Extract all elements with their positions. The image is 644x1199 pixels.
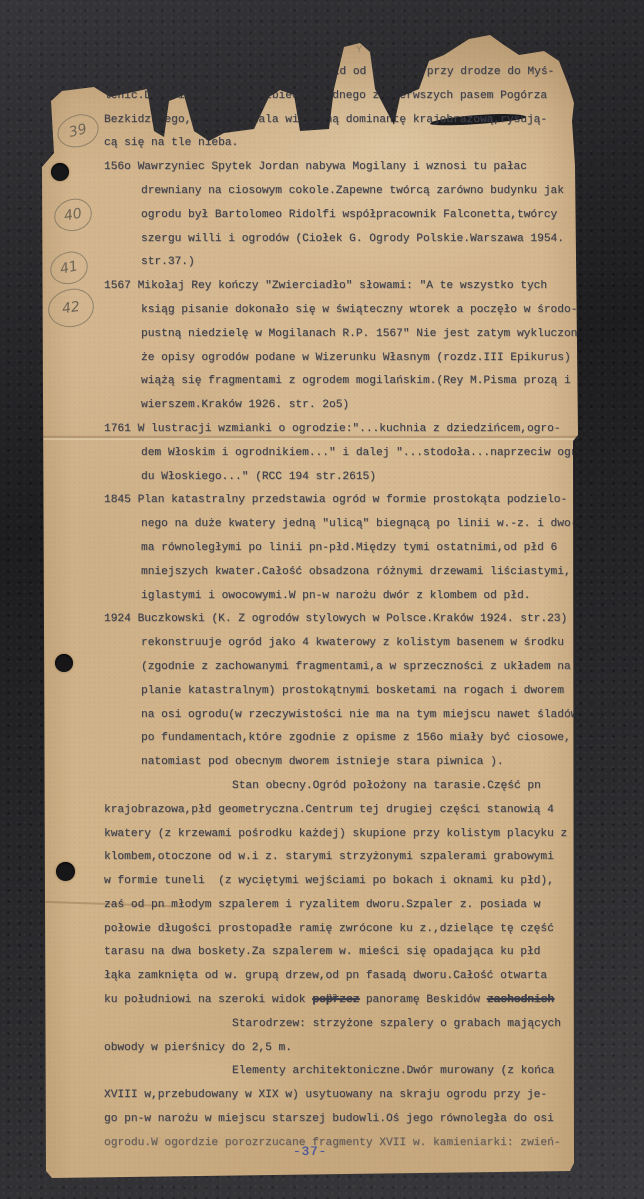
text-line: ksiąg pisanie dokonało się w świąteczny … <box>104 299 580 323</box>
text-line: Elementy architektoniczne.Dwór murowany … <box>104 1060 580 1084</box>
margin-number-label: 42 <box>61 299 81 317</box>
margin-number-label: 40 <box>63 206 83 225</box>
struck-word: zachodnich <box>487 994 554 1006</box>
punch-hole <box>51 163 69 181</box>
page-number: -37- <box>42 1145 578 1159</box>
text-line: str.37.) <box>104 251 580 275</box>
text-line: 156o Wawrzyniec Spytek Jordan nabywa Mog… <box>104 156 580 180</box>
text-line: ku południowi na szeroki widok poprzezna… <box>104 989 580 1013</box>
text-line: 1567 Mikołaj Rey kończy "Zwierciadło" sł… <box>104 275 580 299</box>
text-line: 1924 Buczkowski (K. Z ogrodów stylowych … <box>104 608 580 632</box>
margin-number-label: 39 <box>67 121 88 141</box>
text-line: ogrodu był Bartolomeo Ridolfi współpraco… <box>104 204 580 228</box>
text-line: cą się na tle nieba. <box>104 132 580 156</box>
text-line: wierszem.Kraków 1926. str. 2o5) <box>104 394 580 418</box>
text-line: tarasu na dwa boskety.Za szpalerem w. mi… <box>104 941 580 965</box>
text-line: 1845 Plan katastralny przedstawia ogród … <box>104 489 580 513</box>
text-line: klombem,otoczone od w.i z. starymi strzy… <box>104 846 580 870</box>
text-line: go pn-w narożu w miejscu starszej budowl… <box>104 1108 580 1132</box>
desk-background: TG-OM-150-19 N Y 39 40 41 42 Wieś 12 km … <box>0 0 644 1199</box>
text-line: Stan obecny.Ogród położony na tarasie.Cz… <box>104 775 580 799</box>
text-line: XVIII w,przebudowany w XIX w) usytuowany… <box>104 1084 580 1108</box>
text-line: dem Włoskim i ogrodnikiem..." i dalej ".… <box>104 442 580 466</box>
text-line: na osi ogrodu(w rzeczywistości nie ma na… <box>104 704 580 728</box>
punch-hole <box>55 654 73 672</box>
margin-number-label: 41 <box>59 258 80 277</box>
text-line: Starodrzew: strzyżone szpalery o grabach… <box>104 1013 580 1037</box>
text-line: ma równoległymi po linii pn-płd.Między t… <box>104 537 580 561</box>
text-line: lenic.Dwór i ogród na grzbiecie jednego … <box>104 85 580 109</box>
text-line: 1761 W lustracji wzmianki o ogrodzie:"..… <box>104 418 580 442</box>
text-line: natomiast pod obecnym dworem istnieje st… <box>104 751 580 775</box>
text-part: ku południowi na szeroki widok <box>104 994 312 1006</box>
text-line: du Włoskiego..." (RCC 194 str.2615) <box>104 466 580 490</box>
text-line: nego na duże kwatery jedną "ulicą" biegn… <box>104 513 580 537</box>
text-line: Bezkidzkiego,stanowi zdala widoczną domi… <box>104 109 580 133</box>
text-line: po fundamentach,które zgodnie z opisme z… <box>104 727 580 751</box>
text-line: mniejszych kwater.Całość obsadzona różny… <box>104 561 580 585</box>
text-line: łąka zamknięta od w. grupą drzew,od pn f… <box>104 965 580 989</box>
text-line: obwody w pierśnicy do 2,5 m. <box>104 1037 580 1061</box>
text-line: (zgodnie z zachowanymi fragmentami,a w s… <box>104 656 580 680</box>
paper-sheet: TG-OM-150-19 N Y 39 40 41 42 Wieś 12 km … <box>42 25 578 1178</box>
text-line: Wieś 12 km na płd od Krakowa przy drodze… <box>104 61 580 85</box>
text-line: krajobrazowa,płd geometryczna.Centrum te… <box>104 799 580 823</box>
text-line: zaś od pn młodym szpalerem i ryzalitem d… <box>104 894 580 918</box>
text-line: że opisy ogrodów podane w Wizerunku Włas… <box>104 347 580 371</box>
text-line: planie katastralnym) prostokątnymi boske… <box>104 680 580 704</box>
text-line: rekonstruuje ogród jako 4 kwaterowy z ko… <box>104 632 580 656</box>
inserted-word: na <box>326 985 337 1009</box>
text-line: pustną niedzielę w Mogilanach R.P. 1567"… <box>104 323 580 347</box>
text-line: drewniany na ciosowym cokole.Zapewne twó… <box>104 180 580 204</box>
text-line: wiążą się fragmentami z ogrodem mogilańs… <box>104 370 580 394</box>
text-line: iglastymi i owocowymi.W pn-w narożu dwór… <box>104 585 580 609</box>
text-part: panoramę Beskidów <box>359 994 487 1006</box>
punch-hole <box>56 862 75 881</box>
text-line: szergu willi i ogrodów (Ciołek G. Ogrody… <box>104 228 580 252</box>
text-line: połowie długości prostopadłe ramię zwróc… <box>104 918 580 942</box>
paper-speck <box>125 83 132 90</box>
struck-word: poprzezna <box>312 994 359 1006</box>
text-line: kwatery (z krzewami pośrodku każdej) sku… <box>104 823 580 847</box>
faint-fragment-text: N Y <box>332 45 368 56</box>
typewritten-text: Wieś 12 km na płd od Krakowa przy drodze… <box>104 61 580 1156</box>
handwritten-catalog-code: TG-OM-150-19 <box>43 50 239 89</box>
text-line: w formie tuneli (z wyciętymi wejściami p… <box>104 870 580 894</box>
